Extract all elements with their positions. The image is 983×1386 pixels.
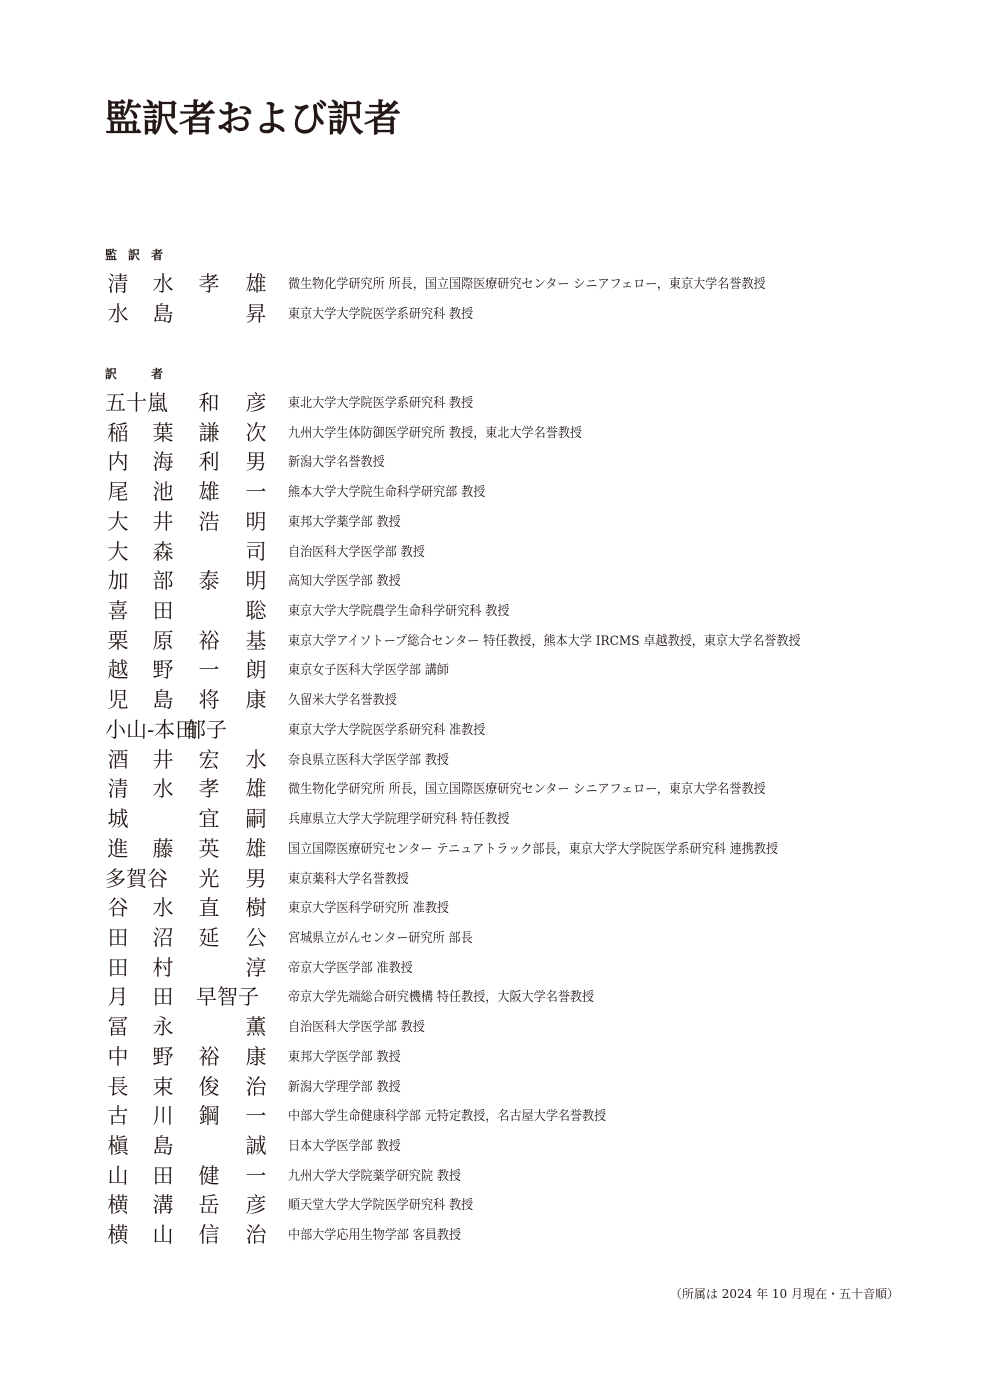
name-part: 基 [243, 628, 269, 654]
person-name: 内海利男 [105, 449, 265, 479]
name-part: 野 [150, 657, 176, 683]
name-part: 田 [150, 598, 176, 624]
person-name: 栗原裕基 [105, 628, 265, 658]
name-part: 束 [150, 1074, 176, 1100]
affiliation: 国立国際医療研究センター テニュアトラック部長，東京大学大学院医学系研究科 連携… [288, 840, 778, 860]
person-name: 槇島誠 [105, 1133, 265, 1163]
supervisors-heading: 監 訳 者 [105, 245, 925, 265]
name-part: 山 [150, 1222, 176, 1248]
name-part: 山 [105, 1163, 131, 1189]
person-name: 大井浩明 [105, 509, 265, 539]
name-part: 裕 [196, 1044, 222, 1070]
name-part: 横 [105, 1192, 131, 1218]
name-part: 水 [243, 747, 269, 773]
name-part: 村 [150, 955, 176, 981]
name-part: 児 [105, 687, 131, 713]
name-part: 男 [243, 449, 269, 475]
name-part: 酒 [105, 747, 131, 773]
name-part: 聡 [243, 598, 269, 624]
name-part: 孝 [196, 271, 222, 297]
list-item: 古川鋼一中部大学生命健康科学部 元特定教授，名古屋大学名誉教授 [105, 1103, 925, 1133]
list-item: 栗原裕基東京大学アイソトープ総合センター 特任教授，熊本大学 IRCMS 卓越教… [105, 628, 925, 658]
name-part: 清 [105, 271, 131, 297]
name-part: 沼 [150, 925, 176, 951]
name-part: 康 [243, 687, 269, 713]
name-part: 信 [196, 1222, 222, 1248]
name-part: 一 [243, 1163, 269, 1189]
affiliation: 東京女子医科大学医学部 講師 [288, 661, 449, 681]
person-name: 中野裕康 [105, 1044, 265, 1074]
name-part: 健 [196, 1163, 222, 1189]
name-part: 孝 [196, 776, 222, 802]
list-item: 尾池雄一熊本大学大学院生命科学研究部 教授 [105, 479, 925, 509]
person-name: 加部泰明 [105, 568, 265, 598]
name-part: 進 [105, 836, 131, 862]
name-part: 田 [105, 955, 131, 981]
heading-char: 訳 [128, 245, 140, 265]
person-name: 多賀谷光男 [105, 866, 265, 896]
name-part: 雄 [243, 271, 269, 297]
affiliation: 高知大学医学部 教授 [288, 572, 401, 592]
name-part: 大 [105, 539, 131, 565]
list-item: 大井浩明東邦大学薬学部 教授 [105, 509, 925, 539]
name-part: 田 [150, 984, 176, 1010]
list-item: 多賀谷光男東京薬科大学名誉教授 [105, 866, 925, 896]
name-part: 田 [150, 1163, 176, 1189]
name-part: 早智子 [196, 984, 259, 1010]
name-part: 田 [105, 925, 131, 951]
name-part: 次 [243, 420, 269, 446]
name-part: 雄 [196, 479, 222, 505]
person-name: 五十嵐和彦 [105, 390, 265, 420]
name-part: 水 [150, 776, 176, 802]
affiliation: 日本大学医学部 教授 [288, 1137, 401, 1157]
list-item: 加部泰明高知大学医学部 教授 [105, 568, 925, 598]
name-part: 彦 [243, 1192, 269, 1218]
name-part: 雄 [243, 836, 269, 862]
name-part: 島 [150, 687, 176, 713]
name-part: 水 [105, 301, 131, 327]
name-part: 和 [196, 390, 222, 416]
person-name: 水島昇 [105, 301, 265, 331]
list-item: 大森司自治医科大学医学部 教授 [105, 539, 925, 569]
person-name: 山田健一 [105, 1163, 265, 1193]
person-name: 小山-本田郁子 [105, 717, 265, 747]
list-item: 内海利男新潟大学名誉教授 [105, 449, 925, 479]
affiliation: 新潟大学理学部 教授 [288, 1078, 401, 1098]
affiliation: 東京大学大学院医学系研究科 准教授 [288, 721, 485, 741]
person-name: 酒井宏水 [105, 747, 265, 777]
name-part: 島 [150, 1133, 176, 1159]
name-part: 池 [150, 479, 176, 505]
list-item: 長束俊治新潟大学理学部 教授 [105, 1074, 925, 1104]
name-part: 中 [105, 1044, 131, 1070]
name-part: 将 [196, 687, 222, 713]
name-part: 井 [150, 747, 176, 773]
affiliation: 微生物化学研究所 所長，国立国際医療研究センター シニアフェロー，東京大学名誉教… [288, 275, 766, 295]
name-part: 宏 [196, 747, 222, 773]
heading-char: 訳 [105, 364, 117, 384]
name-part: 永 [150, 1014, 176, 1040]
person-name: 横溝岳彦 [105, 1192, 265, 1222]
translators-heading: 訳 者 [105, 364, 925, 384]
name-part: 謙 [196, 420, 222, 446]
list-item: 山田健一九州大学大学院薬学研究院 教授 [105, 1163, 925, 1193]
affiliation: 中部大学生命健康科学部 元特定教授，名古屋大学名誉教授 [288, 1107, 606, 1127]
name-part: 島 [150, 301, 176, 327]
name-part: 大 [105, 509, 131, 535]
name-part: 横 [105, 1222, 131, 1248]
name-part: 冨 [105, 1014, 131, 1040]
name-part: 岳 [196, 1192, 222, 1218]
list-item: 稲葉謙次九州大学生体防御医学研究所 教授，東北大学名誉教授 [105, 420, 925, 450]
name-part: 井 [150, 509, 176, 535]
affiliation: 東邦大学薬学部 教授 [288, 513, 401, 533]
affiliation: 東邦大学医学部 教授 [288, 1048, 401, 1068]
name-part: 葉 [150, 420, 176, 446]
affiliation: 九州大学大学院薬学研究院 教授 [288, 1167, 461, 1187]
list-item: 五十嵐和彦東北大学大学院医学系研究科 教授 [105, 390, 925, 420]
affiliation: 順天堂大学大学院医学研究科 教授 [288, 1196, 473, 1216]
name-part: 喜 [105, 598, 131, 624]
name-part: 彦 [243, 390, 269, 416]
list-item: 喜田聡東京大学大学院農学生命科学研究科 教授 [105, 598, 925, 628]
person-name: 月田早智子 [105, 984, 265, 1014]
affiliation: 帝京大学医学部 准教授 [288, 959, 413, 979]
name-part: 男 [243, 866, 269, 892]
affiliation: 九州大学生体防御医学研究所 教授，東北大学名誉教授 [288, 424, 582, 444]
name-part: 長 [105, 1074, 131, 1100]
affiliation: 奈良県立医科大学医学部 教授 [288, 751, 449, 771]
translators-section: 訳 者 五十嵐和彦東北大学大学院医学系研究科 教授稲葉謙次九州大学生体防御医学研… [105, 364, 925, 1252]
person-name: 谷水直樹 [105, 895, 265, 925]
person-name: 進藤英雄 [105, 836, 265, 866]
list-item: 槇島誠日本大学医学部 教授 [105, 1133, 925, 1163]
list-item: 中野裕康東邦大学医学部 教授 [105, 1044, 925, 1074]
name-part: 治 [243, 1074, 269, 1100]
affiliation: 東京大学大学院医学系研究科 教授 [288, 305, 473, 325]
list-item: 越野一朗東京女子医科大学医学部 講師 [105, 657, 925, 687]
person-name: 田村淳 [105, 955, 265, 985]
name-part: 城 [105, 806, 131, 832]
name-part: 治 [243, 1222, 269, 1248]
translators-list: 五十嵐和彦東北大学大学院医学系研究科 教授稲葉謙次九州大学生体防御医学研究所 教… [105, 390, 925, 1252]
name-part: 一 [196, 657, 222, 683]
affiliation: 東京大学大学院農学生命科学研究科 教授 [288, 602, 509, 622]
name-part: 尾 [105, 479, 131, 505]
person-name: 長束俊治 [105, 1074, 265, 1104]
name-part: 浩 [196, 509, 222, 535]
list-item: 冨永薫自治医科大学医学部 教授 [105, 1014, 925, 1044]
affiliation: 東京大学医科学研究所 准教授 [288, 899, 449, 919]
heading-char: 者 [151, 364, 163, 384]
name-part: 鋼 [196, 1103, 222, 1129]
name-part: 光 [196, 866, 222, 892]
affiliation: 宮城県立がんセンター研究所 部長 [288, 929, 473, 949]
name-part: 俊 [196, 1074, 222, 1100]
name-part: 雄 [243, 776, 269, 802]
affiliation: 自治医科大学医学部 教授 [288, 543, 425, 563]
name-part: 英 [196, 836, 222, 862]
list-item: 田沼延公宮城県立がんセンター研究所 部長 [105, 925, 925, 955]
name-part: 森 [150, 539, 176, 565]
name-part: 溝 [150, 1192, 176, 1218]
person-name: 冨永薫 [105, 1014, 265, 1044]
list-item: 水島昇東京大学大学院医学系研究科 教授 [105, 301, 925, 331]
affiliation: 東京大学アイソトープ総合センター 特任教授，熊本大学 IRCMS 卓越教授，東京… [288, 632, 801, 652]
list-item: 月田早智子帝京大学先端総合研究機構 特任教授，大阪大学名誉教授 [105, 984, 925, 1014]
person-name: 越野一朗 [105, 657, 265, 687]
footnote: （所属は 2024 年 10 月現在・五十音順） [670, 1285, 899, 1303]
name-part: 清 [105, 776, 131, 802]
list-item: 進藤英雄国立国際医療研究センター テニュアトラック部長，東京大学大学院医学系研究… [105, 836, 925, 866]
name-part: 司 [243, 539, 269, 565]
name-part: 月 [105, 984, 131, 1010]
name-part: 泰 [196, 568, 222, 594]
supervisors-list: 清水孝雄微生物化学研究所 所長，国立国際医療研究センター シニアフェロー，東京大… [105, 271, 925, 330]
person-name: 古川鋼一 [105, 1103, 265, 1133]
list-item: 城宜嗣兵庫県立大学大学院理学研究科 特任教授 [105, 806, 925, 836]
name-part: 槇 [105, 1133, 131, 1159]
list-item: 横溝岳彦順天堂大学大学院医学研究科 教授 [105, 1192, 925, 1222]
person-name: 田沼延公 [105, 925, 265, 955]
heading-char: 監 [105, 245, 117, 265]
affiliation: 微生物化学研究所 所長，国立国際医療研究センター シニアフェロー，東京大学名誉教… [288, 780, 766, 800]
name-part: 宜 [196, 806, 222, 832]
name-part: 内 [105, 449, 131, 475]
affiliation: 東京薬科大学名誉教授 [288, 870, 409, 890]
name-part: 公 [243, 925, 269, 951]
name-part: 一 [243, 479, 269, 505]
name-part: 川 [150, 1103, 176, 1129]
list-item: 小山-本田郁子東京大学大学院医学系研究科 准教授 [105, 717, 925, 747]
name-part: 古 [105, 1103, 131, 1129]
name-part: 加 [105, 568, 131, 594]
name-part: 多賀谷 [105, 866, 168, 892]
name-part: 利 [196, 449, 222, 475]
name-part: 一 [243, 1103, 269, 1129]
name-part: 谷 [105, 895, 131, 921]
name-part: 越 [105, 657, 131, 683]
person-name: 横山信治 [105, 1222, 265, 1252]
name-part: 直 [196, 895, 222, 921]
name-part: 水 [150, 271, 176, 297]
name-part: 小山-本田 [105, 717, 196, 743]
name-part: 樹 [243, 895, 269, 921]
person-name: 喜田聡 [105, 598, 265, 628]
list-item: 田村淳帝京大学医学部 准教授 [105, 955, 925, 985]
person-name: 城宜嗣 [105, 806, 265, 836]
person-name: 清水孝雄 [105, 271, 265, 301]
name-part: 淳 [243, 955, 269, 981]
name-part: 誠 [243, 1133, 269, 1159]
list-item: 谷水直樹東京大学医科学研究所 准教授 [105, 895, 925, 925]
name-part: 嗣 [243, 806, 269, 832]
person-name: 稲葉謙次 [105, 420, 265, 450]
list-item: 清水孝雄微生物化学研究所 所長，国立国際医療研究センター シニアフェロー，東京大… [105, 776, 925, 806]
name-part: 水 [150, 895, 176, 921]
name-part: 郁子 [185, 717, 227, 743]
name-part: 朗 [243, 657, 269, 683]
person-name: 大森司 [105, 539, 265, 569]
list-item: 清水孝雄微生物化学研究所 所長，国立国際医療研究センター シニアフェロー，東京大… [105, 271, 925, 301]
affiliation: 兵庫県立大学大学院理学研究科 特任教授 [288, 810, 509, 830]
name-part: 五十嵐 [105, 390, 168, 416]
person-name: 児島将康 [105, 687, 265, 717]
person-name: 清水孝雄 [105, 776, 265, 806]
affiliation: 帝京大学先端総合研究機構 特任教授，大阪大学名誉教授 [288, 988, 594, 1008]
name-part: 藤 [150, 836, 176, 862]
name-part: 野 [150, 1044, 176, 1070]
name-part: 栗 [105, 628, 131, 654]
person-name: 尾池雄一 [105, 479, 265, 509]
name-part: 康 [243, 1044, 269, 1070]
affiliation: 自治医科大学医学部 教授 [288, 1018, 425, 1038]
name-part: 部 [150, 568, 176, 594]
name-part: 原 [150, 628, 176, 654]
name-part: 稲 [105, 420, 131, 446]
name-part: 延 [196, 925, 222, 951]
name-part: 海 [150, 449, 176, 475]
affiliation: 久留米大学名誉教授 [288, 691, 397, 711]
supervisors-section: 監 訳 者 清水孝雄微生物化学研究所 所長，国立国際医療研究センター シニアフェ… [105, 245, 925, 330]
heading-char: 者 [151, 245, 163, 265]
affiliation: 東北大学大学院医学系研究科 教授 [288, 394, 473, 414]
list-item: 横山信治中部大学応用生物学部 客員教授 [105, 1222, 925, 1252]
affiliation: 新潟大学名誉教授 [288, 453, 385, 473]
affiliation: 熊本大学大学院生命科学研究部 教授 [288, 483, 485, 503]
page-title: 監訳者および訳者 [105, 96, 401, 142]
name-part: 裕 [196, 628, 222, 654]
affiliation: 中部大学応用生物学部 客員教授 [288, 1226, 461, 1246]
list-item: 児島将康久留米大学名誉教授 [105, 687, 925, 717]
name-part: 昇 [243, 301, 269, 327]
name-part: 薫 [243, 1014, 269, 1040]
name-part: 明 [243, 509, 269, 535]
name-part: 明 [243, 568, 269, 594]
list-item: 酒井宏水奈良県立医科大学医学部 教授 [105, 747, 925, 777]
